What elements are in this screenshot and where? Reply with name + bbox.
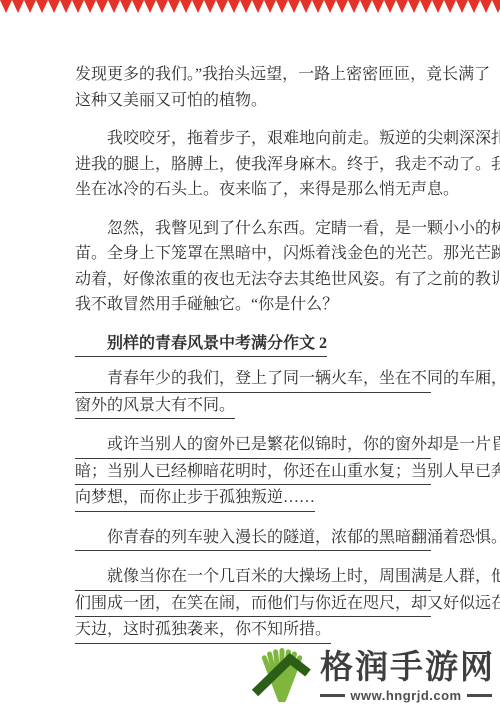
text-line: 就像当你在一个几百米的大操场上时，周围满是人群，他	[75, 564, 431, 591]
green-fan-roof-icon	[251, 646, 313, 706]
essay-body: 发现更多的我们。”我抬头远望，一路上密密匝匝，竟长满了 这种又美丽又可怕的植物。…	[75, 62, 431, 657]
paragraph-2: 我咬咬牙，拖着步子，艰难地向前走。叛逆的尖刺深深扎 进我的腿上，胳膊上，使我浑身…	[75, 126, 431, 203]
logo-text-block: 格润手游网 www.hngrjd.com	[320, 650, 492, 703]
text-line: 苗。全身上下笼罩在黑暗中，闪烁着浅金色的光芒。那光芒跳	[75, 241, 431, 267]
text-line: 们围成一团，在笑在闹，而他们与你近在咫尺，却又好似远在	[75, 591, 431, 618]
text-line: 向梦想，而你止步于孤独叛逆……	[75, 485, 431, 512]
paragraph-4: 青春年少的我们，登上了同一辆火车，坐在不同的车厢， 窗外的风景大有不同。	[75, 366, 431, 419]
text-line: 忽然，我瞥见到了什么东西。定睛一看，是一颗小小的树	[75, 216, 431, 242]
site-url-row: www.hngrjd.com	[320, 689, 492, 702]
text-line: 我不敢冒然用手碰触它。“你是什么？	[75, 292, 431, 318]
text-line: 动着，好像浓重的夜也无法夺去其绝世风姿。有了之前的教训，	[75, 267, 431, 293]
url-rule-right	[467, 694, 492, 697]
url-rule-left	[320, 694, 345, 697]
text-line: 你青春的列车驶入漫长的隧道，浓郁的黑暗翻涌着恐惧。	[75, 525, 431, 552]
paragraph-3: 忽然，我瞥见到了什么东西。定睛一看，是一颗小小的树 苗。全身上下笼罩在黑暗中，闪…	[75, 216, 431, 318]
text-line: 青春年少的我们，登上了同一辆火车，坐在不同的车厢，	[75, 366, 431, 393]
site-url: www.hngrjd.com	[350, 689, 461, 702]
top-sawtooth-border	[0, 0, 500, 13]
text-line: 我咬咬牙，拖着步子，艰难地向前走。叛逆的尖刺深深扎	[75, 126, 431, 152]
paragraph-6: 你青春的列车驶入漫长的隧道，浓郁的黑暗翻涌着恐惧。	[75, 525, 431, 552]
text-line: 这种又美丽又可怕的植物。	[75, 88, 431, 114]
heading-text: 别样的青春风景中考满分作文 2	[75, 331, 327, 358]
paragraph-7: 就像当你在一个几百米的大操场上时，周围满是人群，他 们围成一团，在笑在闹，而他们…	[75, 564, 431, 644]
text-line: 坐在冰冷的石头上。夜来临了，来得是那么悄无声息。	[75, 177, 431, 203]
site-logo: 格润手游网 www.hngrjd.com	[251, 646, 492, 706]
site-name: 格润手游网	[320, 650, 492, 685]
text-line: 天边，这时孤独袭来，你不知所措。	[75, 617, 431, 644]
document-page: 发现更多的我们。”我抬头远望，一路上密密匝匝，竟长满了 这种又美丽又可怕的植物。…	[0, 0, 500, 708]
essay-subtitle-heading: 别样的青春风景中考满分作文 2	[75, 331, 431, 358]
paragraph-1: 发现更多的我们。”我抬头远望，一路上密密匝匝，竟长满了 这种又美丽又可怕的植物。	[75, 62, 431, 113]
paragraph-5: 或许当别人的窗外已是繁花似锦时，你的窗外却是一片昏 暗；当别人已经柳暗花明时，你…	[75, 432, 431, 512]
text-line: 进我的腿上，胳膊上，使我浑身麻木。终于，我走不动了。我	[75, 152, 431, 178]
text-line: 窗外的风景大有不同。	[75, 393, 431, 420]
text-line: 发现更多的我们。”我抬头远望，一路上密密匝匝，竟长满了	[75, 62, 431, 88]
text-line: 或许当别人的窗外已是繁花似锦时，你的窗外却是一片昏	[75, 432, 431, 459]
text-line: 暗；当别人已经柳暗花明时，你还在山重水复；当别人早已奔	[75, 459, 431, 486]
